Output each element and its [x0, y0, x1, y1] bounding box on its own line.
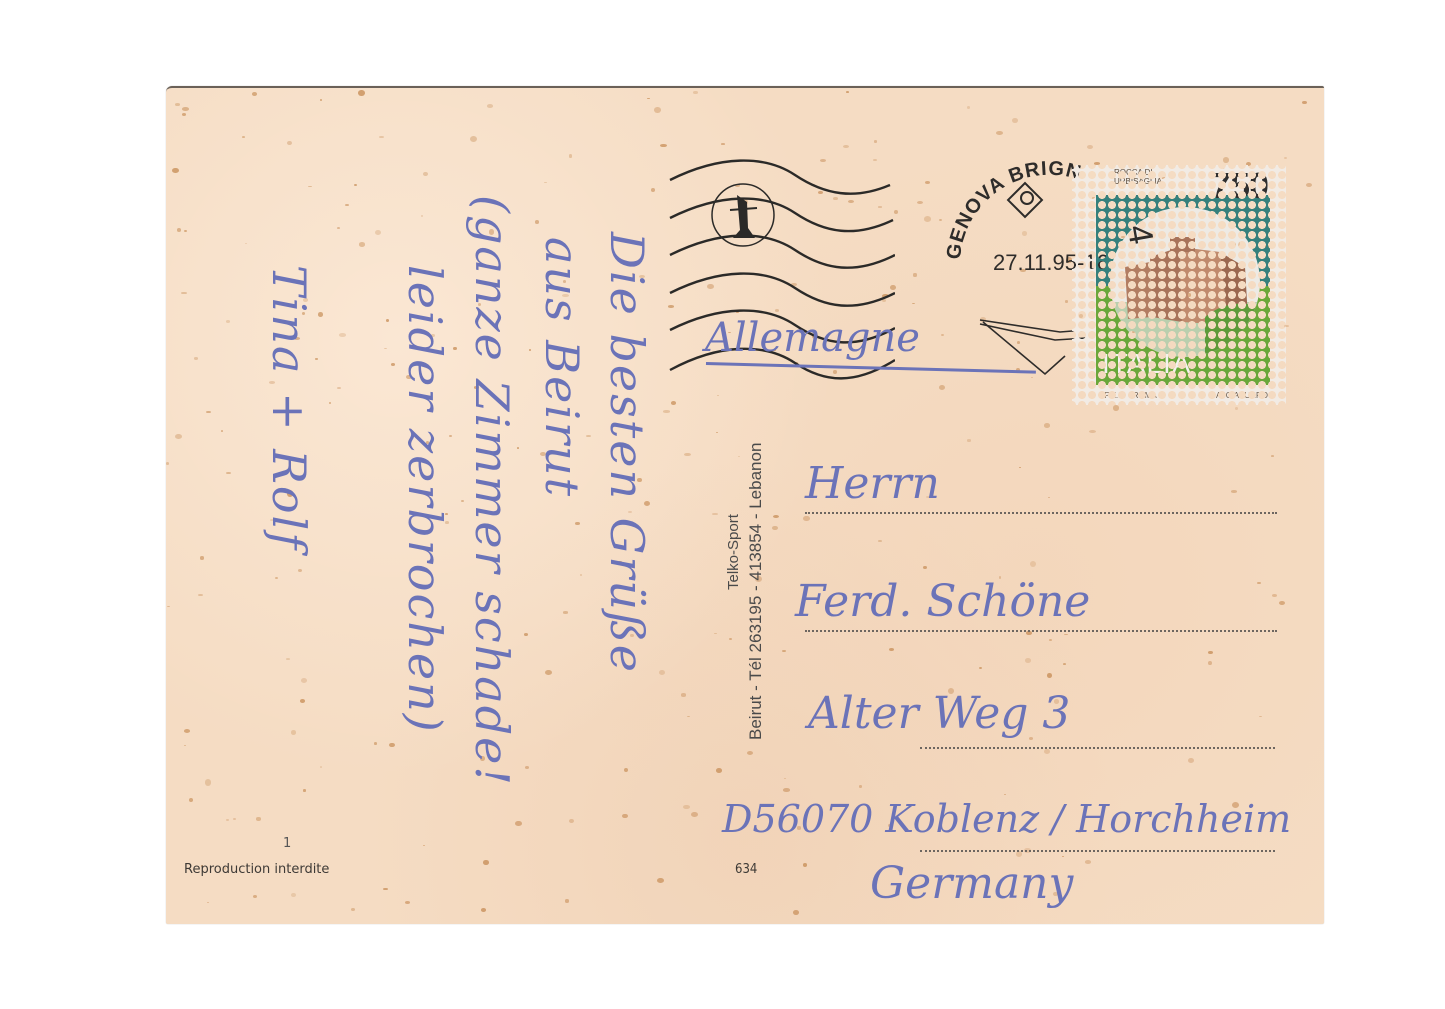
publisher-imprint: Telko-Sport Beirut - Tél 263195 - 413854… — [725, 443, 766, 740]
publisher-details: Beirut - Tél 263195 - 413854 - Lebanon — [746, 443, 766, 740]
address-line — [805, 630, 1277, 632]
address-city: D56070 Koblenz / Horchheim — [722, 800, 1291, 838]
postage-stamp: ROCCA DI URBISAGLIA 750 ITALIA I.P.Z.S. … — [1072, 165, 1286, 405]
stamp-value: 750 — [1211, 165, 1268, 207]
address-salutation: Herrn — [805, 462, 940, 506]
card-number: 634 — [735, 862, 757, 877]
publisher-name: Telko-Sport — [725, 443, 742, 590]
stamp-printer: I.P.Z.S. - ROMA — [1100, 391, 1157, 400]
stamp-artist: A. CIABURRO — [1216, 391, 1268, 400]
telko-sport-logo-icon — [712, 184, 774, 246]
address-line — [805, 512, 1277, 514]
destination-note: Allemagne — [705, 318, 920, 358]
print-mark: 1 — [283, 836, 291, 851]
stamp-caption: ROCCA DI URBISAGLIA — [1114, 169, 1184, 187]
message-line: leider zerbrochen) — [402, 265, 448, 734]
reproduction-notice: Reproduction interdite — [184, 862, 329, 877]
post-horn-icon — [1005, 180, 1045, 220]
address-street: Alter Weg 3 — [808, 692, 1070, 736]
message-signature: Tina + Rolf — [266, 265, 312, 551]
message-line: Die besten Grüße — [604, 232, 650, 674]
address-line — [920, 850, 1275, 852]
address-country: Germany — [870, 862, 1073, 906]
message-line: aus Beirut — [539, 237, 585, 498]
message-line: (ganze Zimmer schade! — [469, 195, 515, 787]
stamp-country: ITALIA — [1102, 348, 1192, 380]
address-line — [920, 747, 1275, 749]
address-name: Ferd. Schöne — [795, 580, 1090, 624]
